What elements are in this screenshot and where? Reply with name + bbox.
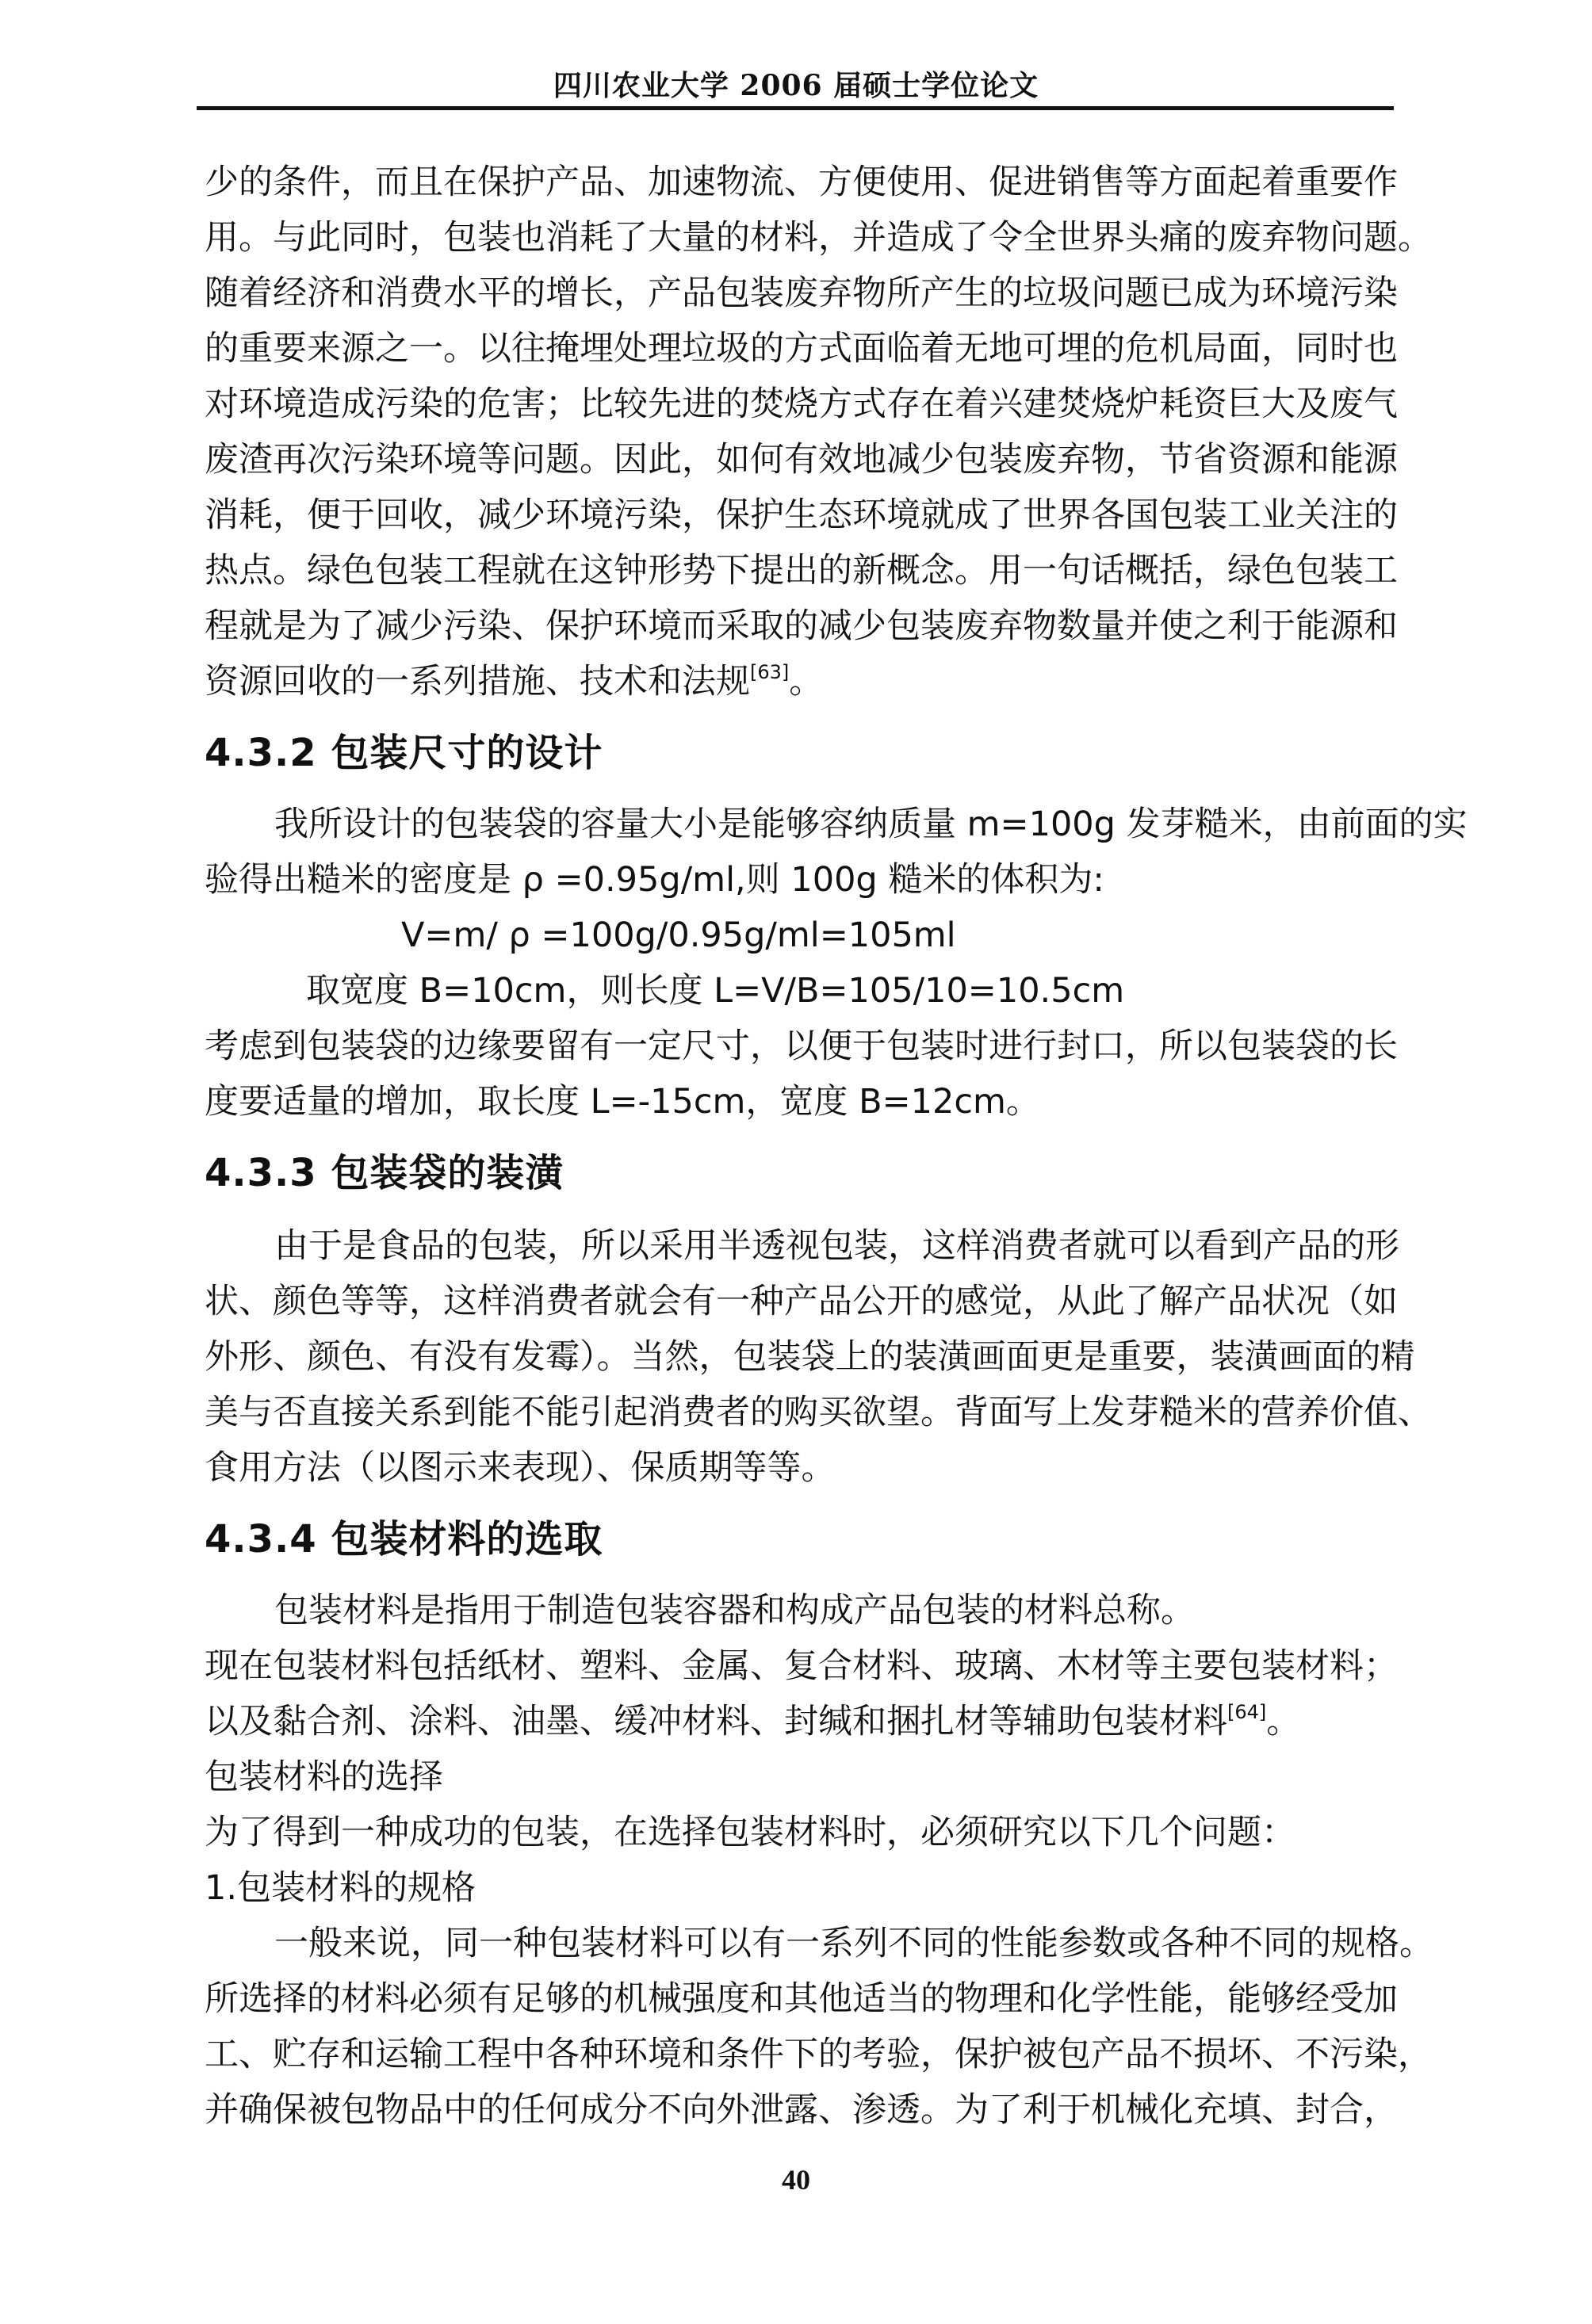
paragraph-line: 废渣再次污染环境等问题。因此，如何有效地减少包装废弃物，节省资源和能源 — [205, 432, 1389, 487]
paragraph-line: 对环境造成污染的危害；比较先进的焚烧方式存在着兴建焚烧炉耗资巨大及废气 — [205, 377, 1389, 432]
paragraph-text: 资源回收的一系列措施、技术和法规 — [205, 662, 750, 701]
paragraph-line: 我所设计的包装袋的容量大小是能够容纳质量 m=100g 发芽糙米，由前面的实 — [274, 797, 1389, 852]
paragraph-line: 工、贮存和运输工程中各种环境和条件下的考验，保护被包产品不损坏、不污染， — [205, 2027, 1389, 2082]
end-punct: 。 — [789, 662, 823, 701]
paragraph-line: 的重要来源之一。以往掩埋处理垃圾的方式面临着无地可埋的危机局面，同时也 — [205, 321, 1389, 377]
end-punct: 。 — [1266, 1702, 1300, 1741]
paragraph-line-last: 资源回收的一系列措施、技术和法规[63]。 — [205, 654, 823, 709]
paragraph-line: 一般来说，同一种包装材料可以有一系列不同的性能参数或各种不同的规格。 — [274, 1916, 1389, 1971]
section-heading-4-3-4: 4.3.4 包装材料的选取 — [205, 1508, 603, 1571]
intro-line: 为了得到一种成功的包装，在选择包装材料时，必须研究以下几个问题： — [205, 1805, 1295, 1860]
paragraph-line: 验得出糙米的密度是 ρ =0.95g/ml,则 100g 糙米的体积为: — [205, 852, 1104, 908]
paragraph-line: 随着经济和消费水平的增长，产品包装废弃物所产生的垃圾问题已成为环境污染 — [205, 266, 1389, 321]
paragraph-line: 所选择的材料必须有足够的机械强度和其他适当的物理和化学性能，能够经受加 — [205, 1971, 1389, 2027]
paragraph-line: 消耗，便于回收，减少环境污染，保护生态环境就成了世界各国包装工业关注的 — [205, 487, 1389, 543]
item-1-title: 1.包装材料的规格 — [205, 1860, 476, 1916]
citation-64[interactable]: [64] — [1227, 1701, 1266, 1723]
paragraph-line: 考虑到包装袋的边缘要留有一定尺寸，以便于包装时进行封口，所以包装袋的长 — [205, 1019, 1389, 1074]
section-heading-4-3-3: 4.3.3 包装袋的装潢 — [205, 1141, 564, 1205]
paragraph-line: 由于是食品的包装，所以采用半透视包装，这样消费者就可以看到产品的形 — [274, 1218, 1389, 1274]
paragraph-line: 度要适量的增加，取长度 L=-15cm，宽度 B=12cm。 — [205, 1074, 1040, 1130]
materials-line-last: 以及黏合剂、涂料、油墨、缓冲材料、封缄和捆扎材等辅助包装材料[64]。 — [205, 1694, 1300, 1749]
materials-line: 现在包装材料包括纸材、塑料、金属、复合材料、玻璃、木材等主要包装材料； — [205, 1638, 1362, 1694]
section-heading-4-3-2: 4.3.2 包装尺寸的设计 — [205, 721, 603, 785]
paragraph-line: 程就是为了减少污染、保护环境而采取的减少包装废弃物数量并使之利于能源和 — [205, 598, 1389, 654]
paragraph-line: 少的条件，而且在保护产品、加速物流、方便使用、促进销售等方面起着重要作 — [205, 155, 1389, 210]
paragraph-line: 外形、颜色、有没有发霉）。当然，包装袋上的装潢画面更是重要，装潢画面的精 — [205, 1329, 1389, 1385]
citation-63[interactable]: [63] — [750, 661, 789, 683]
paragraph-line: 状、颜色等等，这样消费者就会有一种产品公开的感觉，从此了解产品状况（如 — [205, 1274, 1389, 1329]
definition-line: 包装材料是指用于制造包装容器和构成产品包装的材料总称。 — [274, 1583, 1195, 1638]
subheading-material-selection: 包装材料的选择 — [205, 1749, 443, 1805]
paragraph-line: 并确保被包物品中的任何成分不向外泄露、渗透。为了利于机械化充填、封合， — [205, 2082, 1389, 2138]
formula-dimensions: 取宽度 B=10cm，则长度 L=V/B=105/10=10.5cm — [306, 963, 1124, 1019]
paragraph-text: 以及黏合剂、涂料、油墨、缓冲材料、封缄和捆扎材等辅助包装材料 — [205, 1702, 1227, 1741]
running-header: 四川农业大学 2006 届硕士学位论文 — [0, 67, 1592, 105]
paragraph-line: 用。与此同时，包装也消耗了大量的材料，并造成了令全世界头痛的废弃物问题。 — [205, 210, 1389, 266]
paragraph-line: 美与否直接关系到能不能引起消费者的购买欲望。背面写上发芽糙米的营养价值、 — [205, 1385, 1389, 1440]
paragraph-line: 热点。绿色包装工程就在这钟形势下提出的新概念。用一句话概括，绿色包装工 — [205, 543, 1389, 598]
page-number: 40 — [0, 2161, 1592, 2199]
formula-volume: V=m/ ρ =100g/0.95g/ml=105ml — [401, 908, 956, 963]
header-rule — [197, 106, 1394, 110]
paragraph-line: 食用方法（以图示来表现）、保质期等等。 — [205, 1440, 836, 1496]
